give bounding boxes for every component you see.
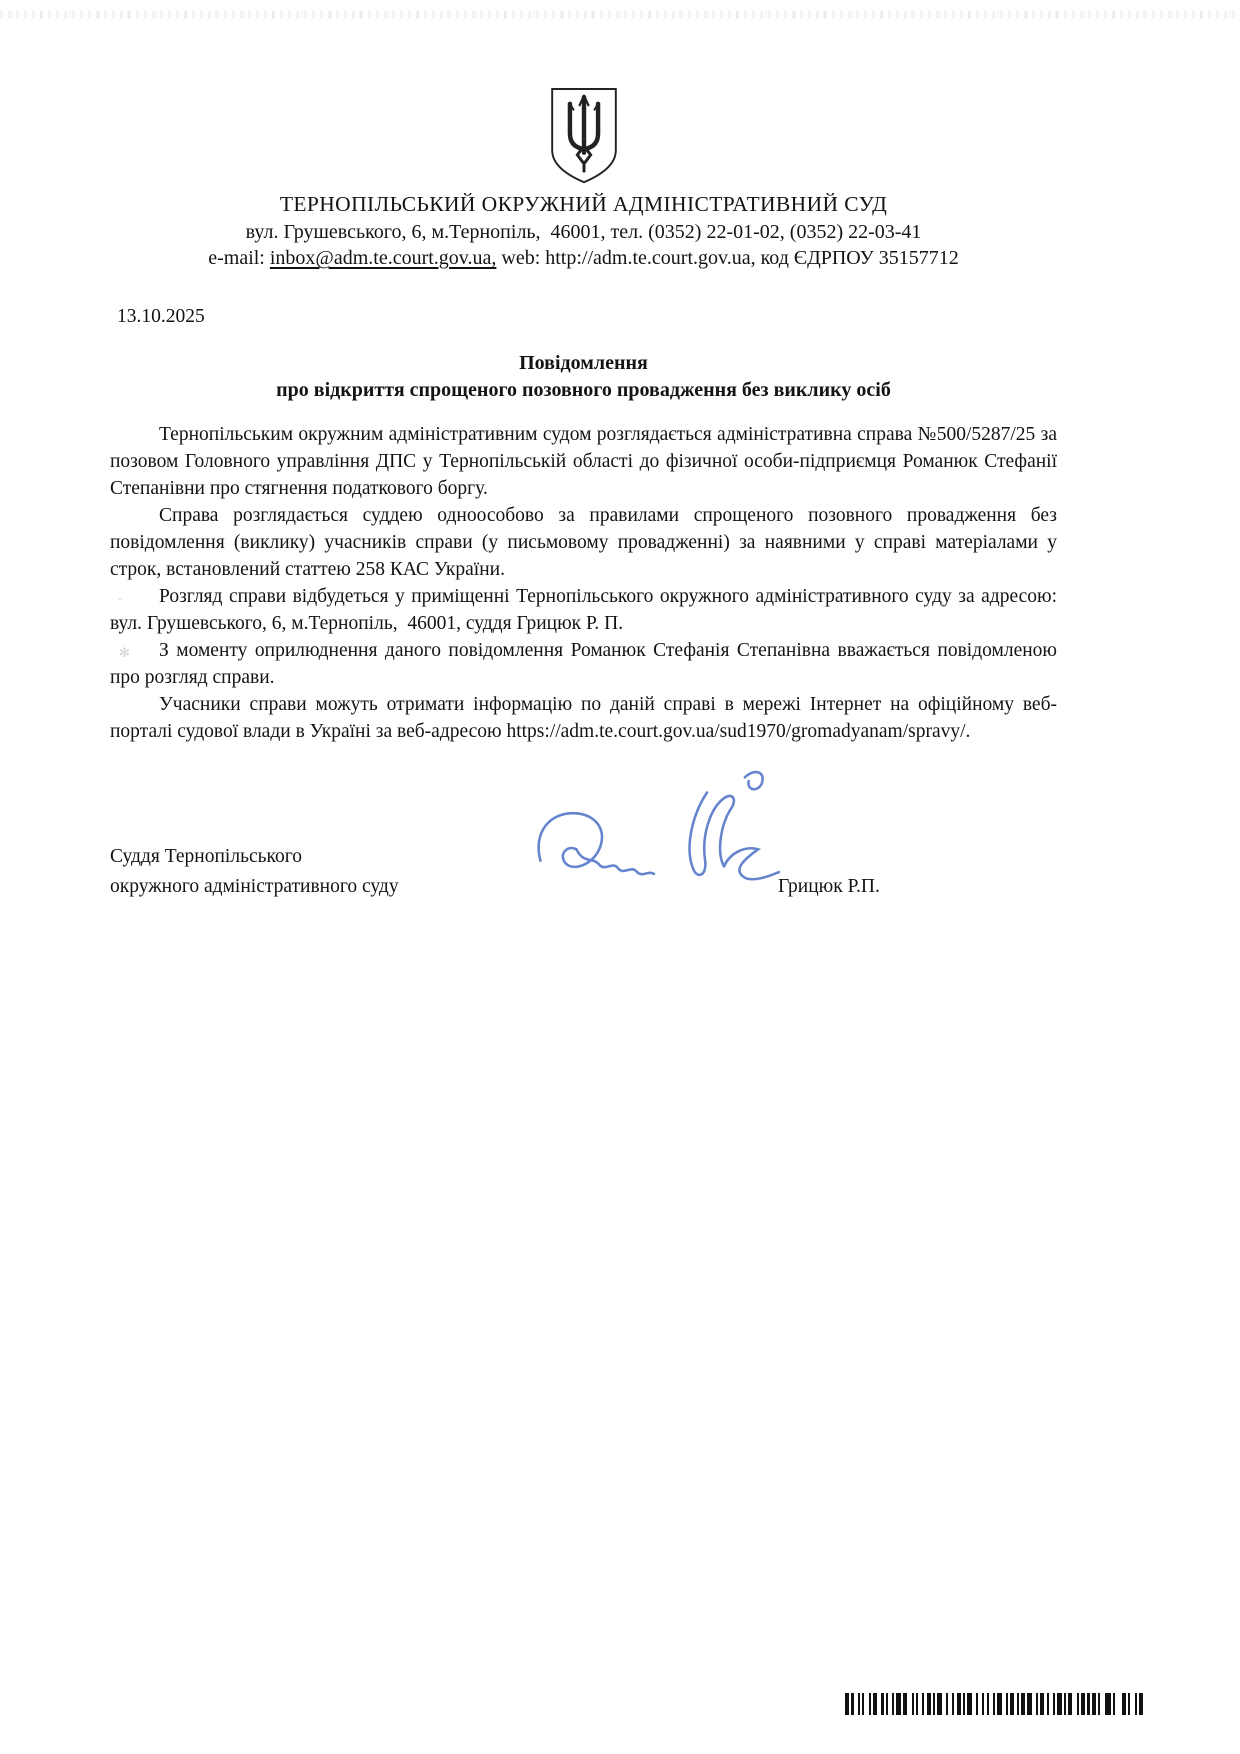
scanner-noise-band xyxy=(0,11,1240,19)
court-web-and-code: web: http://adm.te.court.gov.ua, код ЄДР… xyxy=(496,247,958,269)
court-name: ТЕРНОПІЛЬСЬКИЙ ОКРУЖНИЙ АДМІНІСТРАТИВНИЙ… xyxy=(110,192,1057,217)
document-body: Тернопільським окружним адміністративним… xyxy=(110,421,1057,745)
barcode xyxy=(845,1693,1165,1715)
judge-name: Грицюк Р.П. xyxy=(778,876,880,898)
judge-title-line-1: Суддя Тернопільського xyxy=(110,842,399,872)
ukraine-trident-emblem-icon xyxy=(547,85,621,187)
title-line-1: Повідомлення xyxy=(110,350,1057,377)
judge-title-line-2: окружного адміністративного суду xyxy=(110,872,399,902)
paragraph: Справа розглядається суддею одноособово … xyxy=(110,502,1057,583)
barcode-gap xyxy=(1143,1693,1145,1715)
court-contacts: e-mail: inbox@adm.te.court.gov.ua, web: … xyxy=(110,247,1057,270)
paragraph: Тернопільським окружним адміністративним… xyxy=(110,421,1057,502)
title-line-2: про відкриття спрощеного позовного прова… xyxy=(110,377,1057,404)
document-title: Повідомлення про відкриття спрощеного по… xyxy=(110,350,1057,404)
judge-signature xyxy=(515,766,793,908)
email-label: e-mail: xyxy=(208,247,270,269)
letterhead: ТЕРНОПІЛЬСЬКИЙ ОКРУЖНИЙ АДМІНІСТРАТИВНИЙ… xyxy=(110,85,1057,270)
document-date: 13.10.2025 xyxy=(117,306,205,328)
scan-artifact: ✻ xyxy=(119,645,130,661)
scan-artifact: ˆ xyxy=(118,595,122,611)
paragraph: З моменту оприлюднення даного повідомлен… xyxy=(110,637,1057,691)
court-address: вул. Грушевського, 6, м.Тернопіль, 46001… xyxy=(110,221,1057,244)
document-page: ТЕРНОПІЛЬСЬКИЙ ОКРУЖНИЙ АДМІНІСТРАТИВНИЙ… xyxy=(0,0,1240,1754)
signature-block-label: Суддя Тернопільського окружного адмініст… xyxy=(110,842,399,902)
paragraph: Учасники справи можуть отримати інформац… xyxy=(110,691,1057,745)
paragraph: Розгляд справи відбудеться у приміщенні … xyxy=(110,583,1057,637)
court-email: inbox@adm.te.court.gov.ua, xyxy=(270,247,497,269)
